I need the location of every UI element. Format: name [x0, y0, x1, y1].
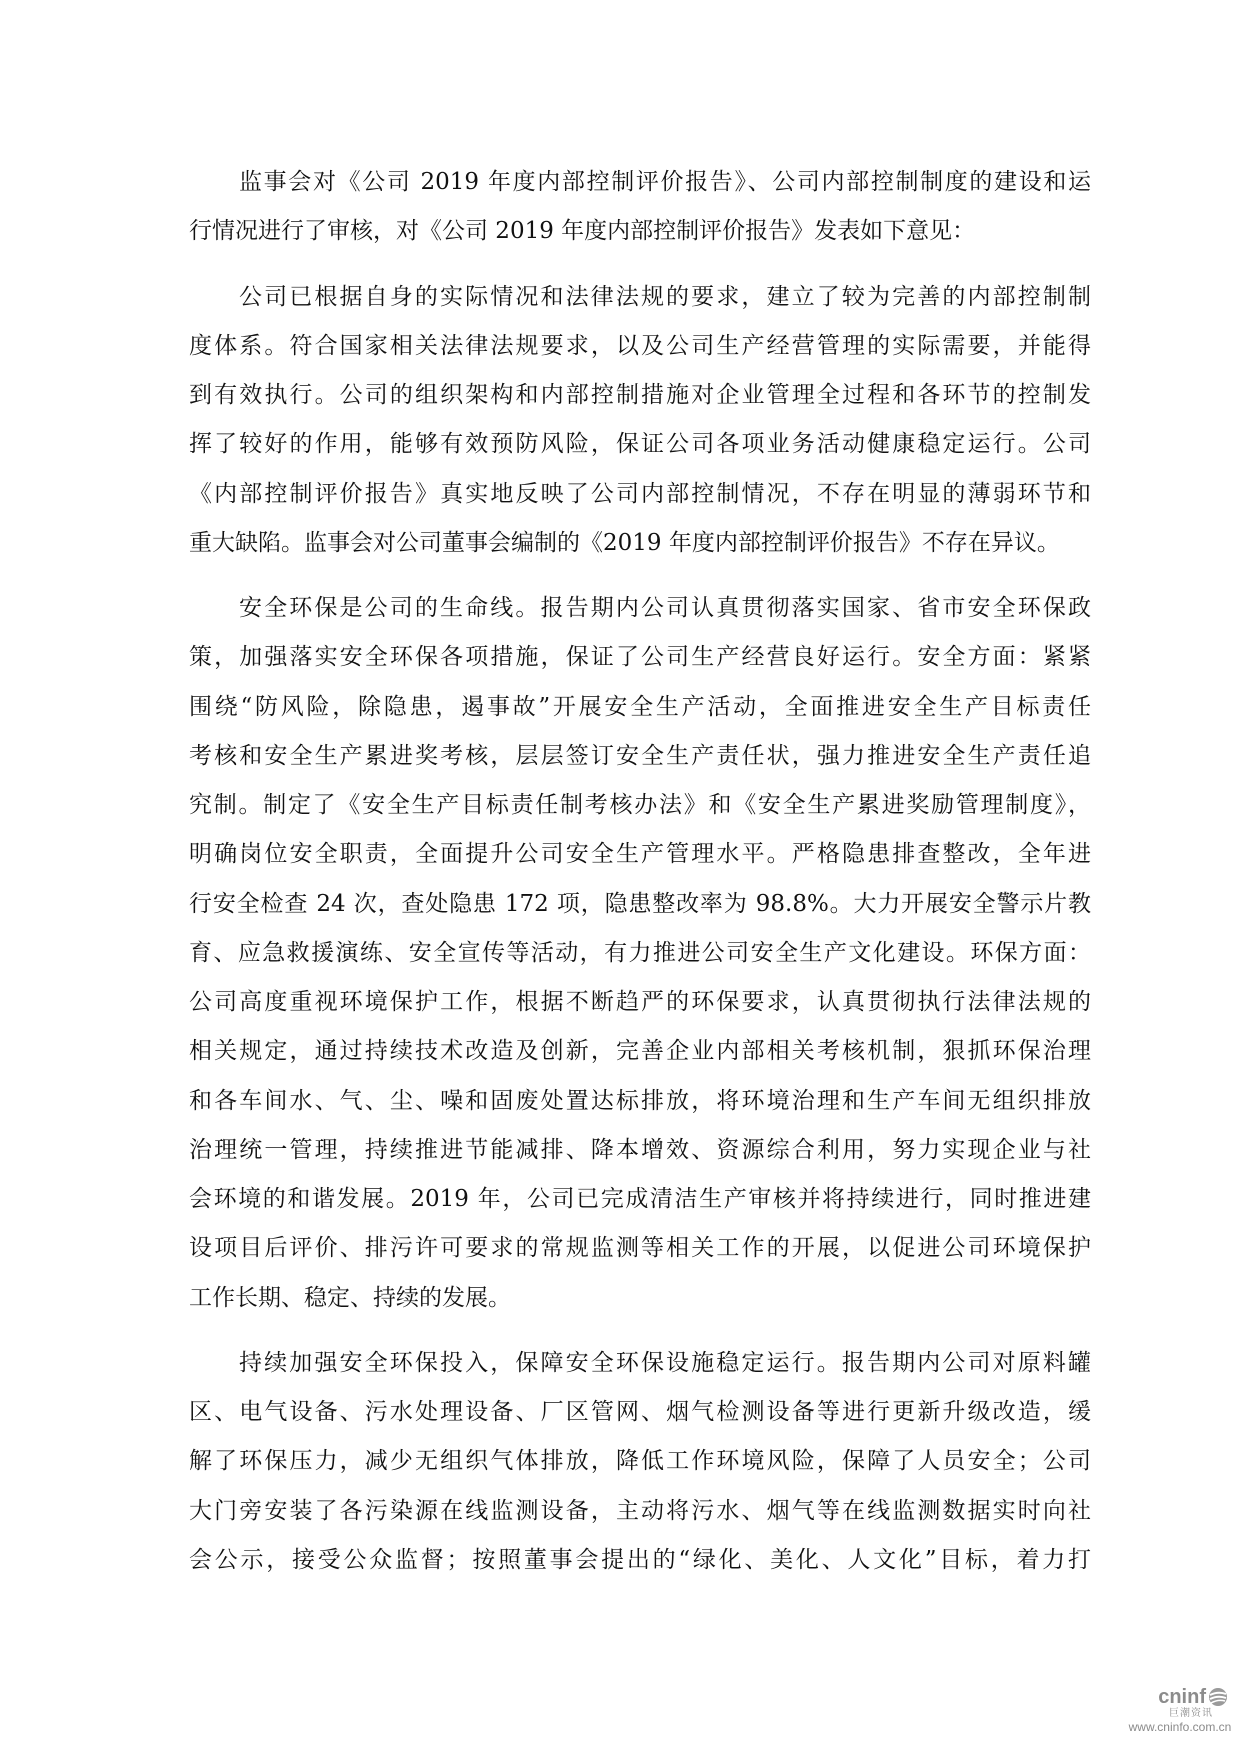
text-line: 设项目后评价、排污许可要求的常规监测等相关工作的开展，以促进公司环境保护	[189, 1224, 1091, 1273]
text-line: 区、电气设备、污水处理设备、厂区管网、烟气检测设备等进行更新升级改造，缓	[189, 1388, 1091, 1437]
text-line: 挥了较好的作用，能够有效预防风险，保证公司各项业务活动健康稳定运行。公司	[189, 420, 1091, 469]
cninf-logo-icon	[1208, 1687, 1228, 1707]
cninfo-watermark: cninf 巨潮资讯 www.cninfo.com.cn	[1122, 1686, 1238, 1738]
text-line: 安全环保是公司的生命线。报告期内公司认真贯彻落实国家、省市安全环保政	[189, 584, 1091, 633]
text-line: 到有效执行。公司的组织架构和内部控制措施对企业管理全过程和各环节的控制发	[189, 371, 1091, 420]
watermark-brand: cninf	[1158, 1686, 1206, 1708]
text-line: 究制。制定了《安全生产目标责任制考核办法》和《安全生产累进奖励管理制度》，	[189, 781, 1091, 830]
text-line: 公司高度重视环境保护工作，根据不断趋严的环保要求，认真贯彻执行法律法规的	[189, 978, 1091, 1027]
text-line: 持续加强安全环保投入，保障安全环保设施稳定运行。报告期内公司对原料罐	[189, 1339, 1091, 1388]
text-line: 解了环保压力，减少无组织气体排放，降低工作环境风险，保障了人员安全；公司	[189, 1437, 1091, 1486]
watermark-url: www.cninfo.com.cn	[1122, 1720, 1238, 1734]
text-line: 策，加强落实安全环保各项措施，保证了公司生产经营良好运行。安全方面：紧紧	[189, 633, 1091, 682]
text-line: 公司已根据自身的实际情况和法律法规的要求，建立了较为完善的内部控制制	[189, 273, 1091, 322]
text-line: 《内部控制评价报告》真实地反映了公司内部控制情况，不存在明显的薄弱环节和	[189, 470, 1091, 519]
text-line: 考核和安全生产累进奖考核，层层签订安全生产责任状，强力推进安全生产责任追	[189, 732, 1091, 781]
text-line: 大门旁安装了各污染源在线监测设备，主动将污水、烟气等在线监测数据实时向社	[189, 1487, 1091, 1536]
text-line: 明确岗位安全职责，全面提升公司安全生产管理水平。严格隐患排查整改，全年进	[189, 830, 1091, 879]
text-line: 行安全检查 24 次，查处隐患 172 项，隐患整改率为 98.8%。大力开展安…	[189, 880, 1091, 929]
text-line: 重大缺陷。监事会对公司董事会编制的《2019 年度内部控制评价报告》不存在异议。	[189, 519, 1091, 568]
text-line: 度体系。符合国家相关法律法规要求，以及公司生产经营管理的实际需要，并能得	[189, 322, 1091, 371]
text-line: 治理统一管理，持续推进节能减排、降本增效、资源综合利用，努力实现企业与社	[189, 1126, 1091, 1175]
text-line: 和各车间水、气、尘、噪和固废处置达标排放，将环境治理和生产车间无组织排放	[189, 1077, 1091, 1126]
text-line: 会公示，接受公众监督；按照董事会提出的“绿化、美化、人文化”目标，着力打	[189, 1536, 1091, 1585]
paragraph-safety-environment: 安全环保是公司的生命线。报告期内公司认真贯彻落实国家、省市安全环保政 策，加强落…	[189, 584, 1091, 1323]
watermark-brand-row: cninf	[1122, 1686, 1238, 1708]
text-line: 会环境的和谐发展。2019 年，公司已完成清洁生产审核并将持续进行，同时推进建	[189, 1175, 1091, 1224]
watermark-chinese-name: 巨潮资讯	[1122, 1708, 1238, 1720]
text-line: 育、应急救援演练、安全宣传等活动，有力推进公司安全生产文化建设。环保方面：	[189, 929, 1091, 978]
text-line: 围绕“防风险，除隐患，遏事故”开展安全生产活动，全面推进安全生产目标责任	[189, 683, 1091, 732]
text-line: 监事会对《公司 2019 年度内部控制评价报告》、公司内部控制制度的建设和运	[189, 158, 1091, 207]
paragraph-internal-control: 公司已根据自身的实际情况和法律法规的要求，建立了较为完善的内部控制制 度体系。符…	[189, 273, 1091, 569]
document-page: 监事会对《公司 2019 年度内部控制评价报告》、公司内部控制制度的建设和运 行…	[189, 158, 1091, 1601]
text-line: 行情况进行了审核，对《公司 2019 年度内部控制评价报告》发表如下意见：	[189, 207, 1091, 256]
paragraph-safety-investment: 持续加强安全环保投入，保障安全环保设施稳定运行。报告期内公司对原料罐 区、电气设…	[189, 1339, 1091, 1585]
text-line: 相关规定，通过持续技术改造及创新，完善企业内部相关考核机制，狠抓环保治理	[189, 1027, 1091, 1076]
paragraph-supervisory-opinion: 监事会对《公司 2019 年度内部控制评价报告》、公司内部控制制度的建设和运 行…	[189, 158, 1091, 257]
text-line: 工作长期、稳定、持续的发展。	[189, 1274, 1091, 1323]
